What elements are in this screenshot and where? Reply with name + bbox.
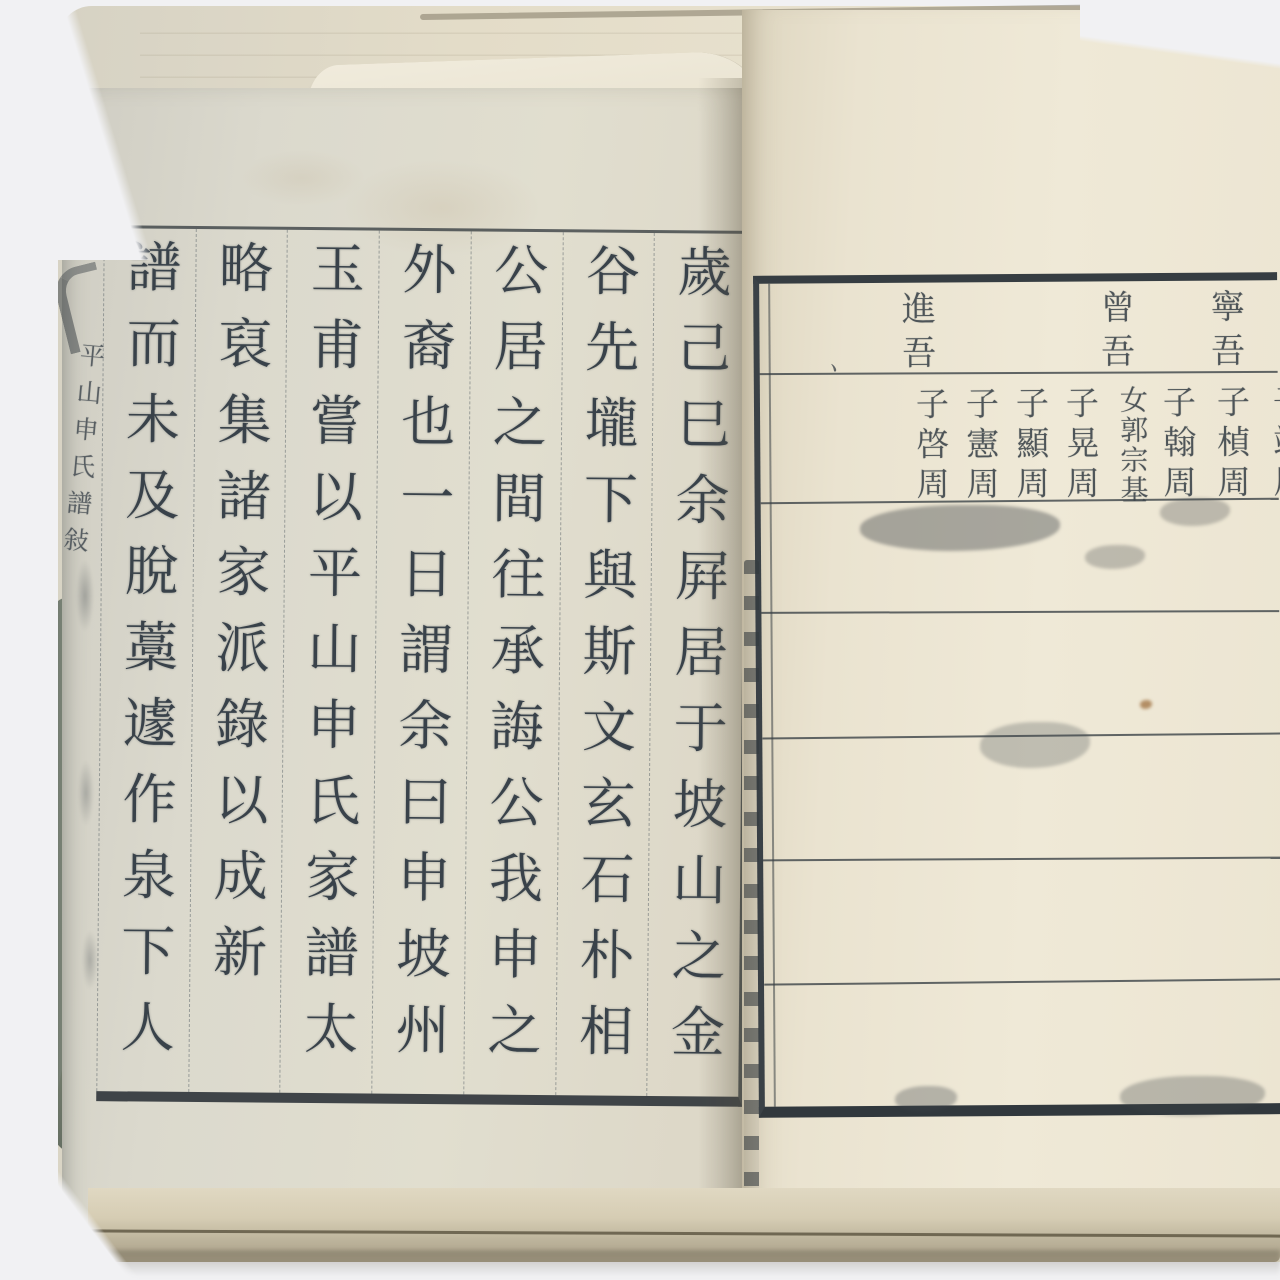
page-stack-line — [88, 1229, 1280, 1237]
table-surface — [1080, 0, 1280, 110]
left-page-text-frame: 歲己巳余屛居于坡山之金 谷先壠下與斯文玄石朴相 公居之間往承誨公我申之 外裔也一… — [96, 225, 750, 1107]
calligraphy-columns: 歲己巳余屛居于坡山之金 谷先壠下與斯文玄石朴相 公居之間往承誨公我申之 外裔也一… — [96, 228, 746, 1097]
book-photograph: 平山申氏譜敍 歲己巳余屛居于坡山之金 谷先壠下與斯文玄石朴相 公居之間往承誨公我… — [0, 0, 1280, 1280]
calligraphy-column: 玉甫嘗以平山申氏家譜太 — [280, 230, 379, 1094]
child-name: 子楨周 — [1215, 384, 1249, 504]
generation-name: 寧吾 — [1207, 288, 1242, 376]
column-text: 略裒集諸家派錄以成新 — [207, 239, 268, 1092]
calligraphy-column: 公居之間往承誨公我申之 — [463, 231, 562, 1095]
ink-fragment — [82, 930, 98, 990]
table-row — [763, 857, 1280, 985]
generation-name: 進吾 — [898, 291, 933, 379]
child-name: 子顯周 — [1014, 386, 1048, 506]
child-name: 女郭宗基 — [1118, 385, 1147, 505]
column-text: 谷先壠下與斯文玄石朴相 — [574, 242, 635, 1095]
generation-name: 曾吾 — [1097, 289, 1132, 377]
column-text: 外裔也一日謂余曰申坡州 — [391, 241, 452, 1094]
table-surface — [0, 1090, 150, 1280]
table-surface — [0, 0, 220, 260]
column-text: 譜而未及脫藁遽作泉下人 — [116, 238, 177, 1091]
calligraphy-column: 谷先壠下與斯文玄石朴相 — [555, 232, 654, 1096]
calligraphy-column: 略裒集諸家派錄以成新 — [188, 229, 287, 1093]
child-name: 子啓周 — [914, 386, 948, 506]
genealogy-table-frame: 寧吾 曾吾 進吾 、 子竝周 子楨周 子翰周 女郭宗基 子晃周 子顯周 子憲周 … — [753, 272, 1280, 1118]
book-shadow — [70, 1250, 1280, 1276]
calligraphy-column: 譜而未及脫藁遽作泉下人 — [96, 228, 195, 1092]
ink-fragment — [76, 560, 94, 632]
calligraphy-column: 外裔也一日謂余曰申坡州 — [371, 231, 470, 1095]
column-text: 玉甫嘗以平山申氏家譜太 — [299, 240, 360, 1093]
column-text: 公居之間往承誨公我申之 — [482, 242, 543, 1095]
child-name: 子翰周 — [1161, 385, 1195, 505]
binding-edge-marks — [744, 560, 759, 1252]
child-name: 子竝周 — [1271, 384, 1280, 504]
ink-fragment — [78, 760, 94, 826]
child-name: 子憲周 — [964, 386, 998, 506]
table-row — [761, 610, 1280, 739]
child-name: 子晃周 — [1064, 385, 1098, 505]
